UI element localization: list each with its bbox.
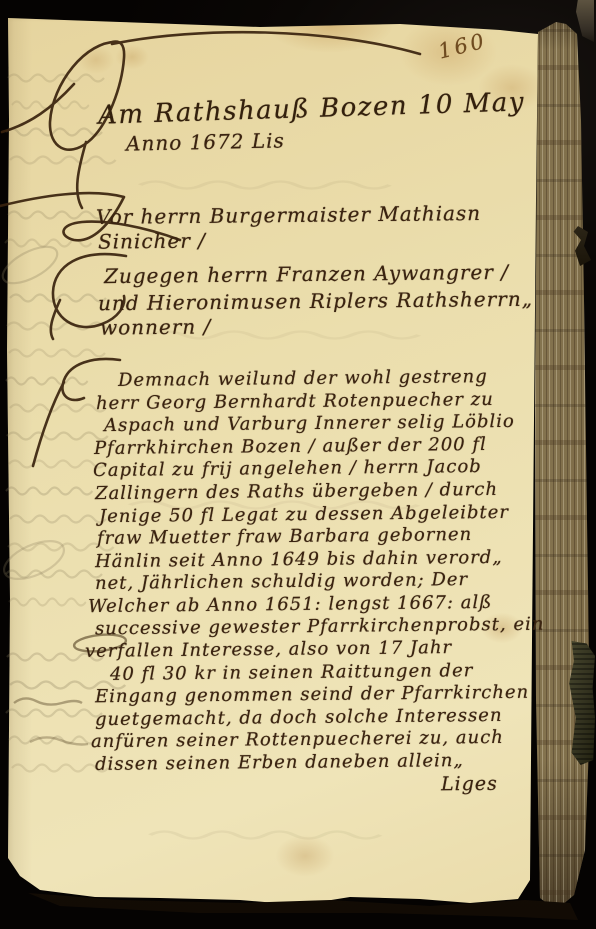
manuscript-line: Welcher ab Anno 1651: lengst 1667: alß — [88, 592, 492, 617]
manuscript-line: net, Jährlichen schuldig worden; Der — [95, 569, 468, 594]
attendance-chair-line2: Sinicher / — [98, 228, 206, 253]
heading-date: Anno 1672 Lis — [126, 128, 285, 155]
attendance-present-line3: wonnern / — [100, 314, 212, 339]
manuscript-line: 40 fl 30 kr in seinen Raittungen der — [110, 660, 473, 685]
attendance-present-line1: Zugegen herrn Franzen Aywangrer / — [104, 260, 509, 288]
manuscript-line: herr Georg Bernhardt Rotenpuecher zu — [96, 389, 494, 414]
signoff: Liges — [441, 773, 498, 796]
manuscript-line: Pfarrkhirchen Bozen / außer der 200 fl — [94, 434, 487, 459]
manuscript-line: anfüren seiner Rottenpuecherei zu, auch — [91, 727, 504, 752]
attendance-present-line2: und Hieronimusen Riplers Rathsherrn„ — [98, 287, 533, 316]
binding-top-edge — [576, 0, 594, 42]
manuscript-line: Aspach und Varburg Innerer selig Löblio — [104, 411, 515, 436]
manuscript-line: verfallen Interesse, also von 17 Jahr — [85, 637, 452, 662]
manuscript-line: dissen seinen Erben daneben allein„ — [95, 750, 464, 775]
manuscript-line: fraw Muetter fraw Barbara gebornen — [97, 524, 472, 549]
manuscript-line: Zallingern des Raths übergeben / durch — [95, 479, 498, 504]
manuscript-line: Capital zu frij angelehen / herrn Jacob — [93, 456, 482, 481]
photo-background: 160 Am Rathshauß Bozen 10 May Anno 1672 … — [0, 0, 596, 929]
manuscript-line: guetgemacht, da doch solche Interessen — [95, 705, 503, 730]
manuscript-line: Demnach weilund der wohl gestreng — [118, 366, 488, 391]
attendance-chair-line1: Vor herrn Burgermaister Mathiasn — [96, 201, 481, 229]
